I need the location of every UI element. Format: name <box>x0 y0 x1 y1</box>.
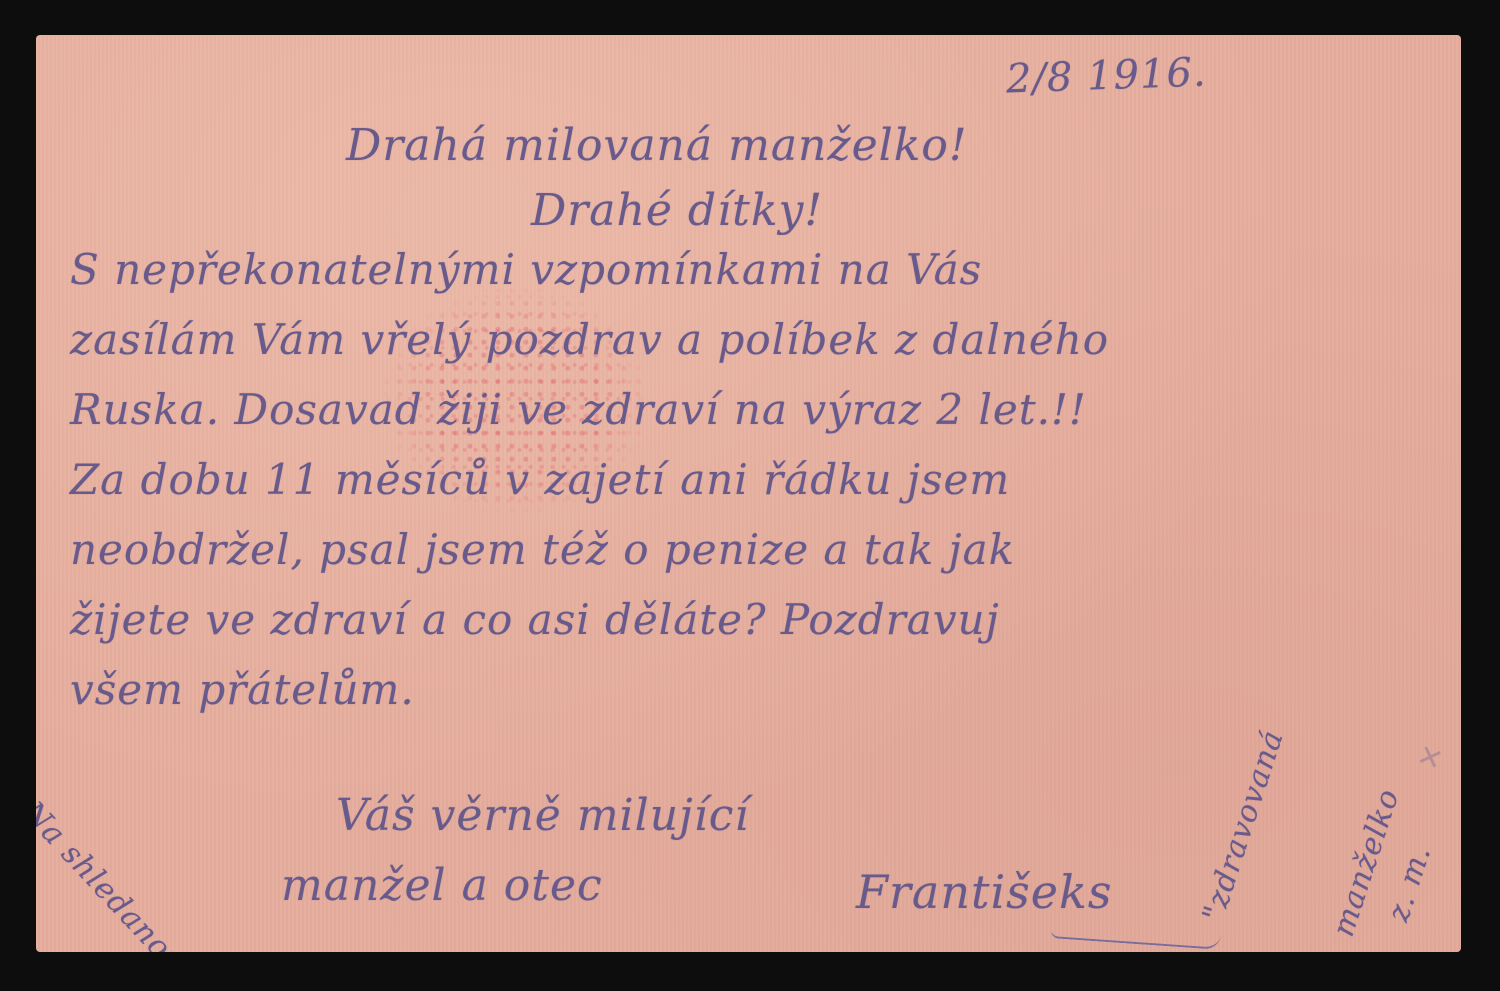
margin-note-right: z. m. <box>1381 841 1438 926</box>
postcard: 2/8 1916. Drahá milovaná manželko! Drahé… <box>36 35 1461 952</box>
body-line: všem přátelům. <box>70 665 415 714</box>
body-line: Ruska. Dosavad žiji ve zdraví na výraz 2… <box>70 385 1087 434</box>
closing-line: Váš věrně milující <box>336 790 749 841</box>
date: 2/8 1916. <box>1005 50 1207 103</box>
salutation-children: Drahé dítky! <box>531 185 823 236</box>
faint-pencil-mark-icon: ✕ <box>1411 740 1452 776</box>
margin-note-left: Na shledanou <box>36 795 192 952</box>
body-line: S nepřekonatelnými vzpomínkami na Vás <box>70 245 982 294</box>
salutation-wife: Drahá milovaná manželko! <box>346 120 968 171</box>
body-line: zasílám Vám vřelý pozdrav a políbek z da… <box>70 315 1109 364</box>
signature: Františeks <box>856 865 1112 919</box>
signature-underline <box>1051 922 1222 950</box>
closing-line: manžel a otec <box>281 860 603 911</box>
body-line: Za dobu 11 měsíců v zajetí ani řádku jse… <box>70 455 1010 504</box>
body-line: žijete ve zdraví a co asi děláte? Pozdra… <box>70 595 1000 644</box>
margin-note-right: "zdravovaná <box>1196 726 1291 926</box>
body-line: neobdržel, psal jsem též o penize a tak … <box>70 525 1015 574</box>
